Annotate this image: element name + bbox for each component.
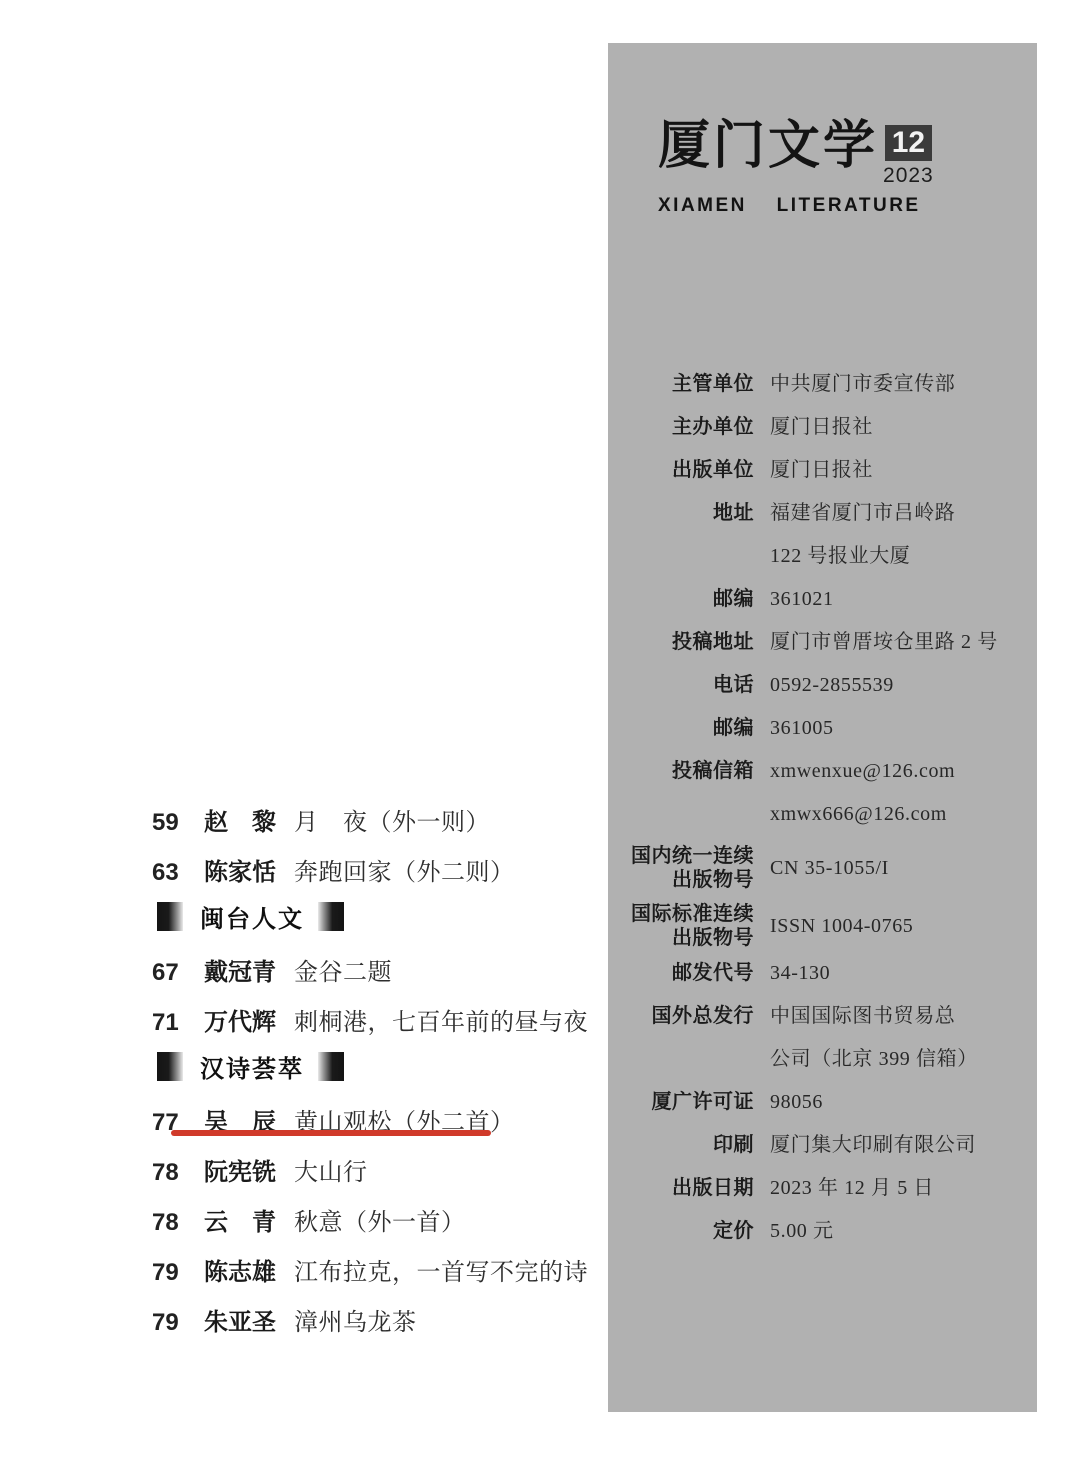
- colophon-value: 361005: [770, 715, 834, 741]
- colophon-value: 361021: [770, 586, 834, 612]
- magazine-logo-english: XIAMEN LITERATURE: [658, 195, 934, 217]
- red-underline: [171, 1130, 491, 1136]
- colophon-row: 主管单位 中共厦门市委宣传部: [608, 371, 1037, 397]
- toc-entry: 79 朱亚圣 漳州乌龙茶: [152, 1302, 592, 1328]
- toc-title: 漳州乌龙茶: [294, 1302, 417, 1337]
- colophon-label: 邮编: [608, 715, 754, 741]
- colophon-row: 出版日期 2023 年 12 月 5 日: [608, 1175, 1037, 1201]
- colophon-row: 厦广许可证 98056: [608, 1089, 1037, 1115]
- colophon-label: 主办单位: [608, 414, 754, 440]
- toc-page-number: 79: [152, 1309, 186, 1337]
- colophon-label: 邮发代号: [608, 960, 754, 986]
- colophon-row: 定价 5.00 元: [608, 1218, 1037, 1244]
- magazine-contents-page: 59 赵 黎 月 夜（外一则） 63 陈家恬 奔跑回家（外二则） 闽台人文 67…: [0, 0, 1080, 1457]
- toc-page-number: 78: [152, 1159, 186, 1187]
- colophon-value: 0592-2855539: [770, 672, 894, 698]
- colophon-row: 国际标准连续出版物号 ISSN 1004-0765: [608, 902, 1037, 950]
- colophon-value: 34-130: [770, 960, 830, 986]
- toc-title: 月 夜（外一则）: [294, 802, 490, 837]
- toc-author: 云 青: [204, 1202, 282, 1237]
- toc-author: 朱亚圣: [204, 1302, 282, 1337]
- table-of-contents: 59 赵 黎 月 夜（外一则） 63 陈家恬 奔跑回家（外二则） 闽台人文 67…: [152, 802, 592, 1352]
- colophon-label: 定价: [608, 1218, 754, 1244]
- toc-page-number: 78: [152, 1209, 186, 1237]
- toc-entry: 67 戴冠青 金谷二题: [152, 952, 592, 978]
- colophon-value: ISSN 1004-0765: [770, 913, 913, 939]
- section-bar-left-icon: [157, 902, 183, 931]
- toc-section-header: 汉诗荟萃: [157, 1052, 592, 1081]
- toc-author: 戴冠青: [204, 952, 282, 987]
- colophon-row: 邮编 361021: [608, 586, 1037, 612]
- colophon-label: 投稿信箱: [608, 758, 754, 784]
- colophon-value: 中共厦门市委宣传部: [770, 371, 955, 397]
- colophon-row: 投稿地址 厦门市曾厝垵仓里路 2 号: [608, 629, 1037, 655]
- colophon-label: 出版日期: [608, 1175, 754, 1201]
- colophon-label: 主管单位: [608, 371, 754, 397]
- toc-title: 大山行: [294, 1152, 368, 1187]
- toc-author: 陈志雄: [204, 1252, 282, 1287]
- toc-author: 阮宪铣: [204, 1152, 282, 1187]
- colophon-label: 国外总发行: [608, 1003, 754, 1029]
- colophon-value: 厦门集大印刷有限公司: [770, 1132, 976, 1158]
- colophon-value: 5.00 元: [770, 1218, 834, 1244]
- colophon-label: 出版单位: [608, 457, 754, 483]
- colophon-row: 国内统一连续出版物号 CN 35-1055/I: [608, 844, 1037, 892]
- colophon-label: 邮编: [608, 586, 754, 612]
- colophon-label: 国际标准连续出版物号: [608, 902, 754, 950]
- toc-page-number: 67: [152, 959, 186, 987]
- toc-entry: 78 阮宪铣 大山行: [152, 1152, 592, 1178]
- section-bar-right-icon: [318, 902, 344, 931]
- toc-page-number: 79: [152, 1259, 186, 1287]
- toc-title: 刺桐港，七百年前的昼与夜: [294, 1002, 588, 1037]
- toc-author: 赵 黎: [204, 802, 282, 837]
- toc-title: 奔跑回家（外二则）: [294, 852, 515, 887]
- colophon-row: 邮编 361005: [608, 715, 1037, 741]
- colophon-row: 投稿信箱 xmwenxue@126.comxmwx666@126.com: [608, 758, 1037, 827]
- toc-title: 金谷二题: [294, 952, 392, 987]
- section-bar-left-icon: [157, 1052, 183, 1081]
- toc-page-number: 59: [152, 809, 186, 837]
- colophon-label: 地址: [608, 500, 754, 526]
- toc-title: 秋意（外一首）: [294, 1202, 466, 1237]
- toc-section-header: 闽台人文: [157, 902, 592, 931]
- toc-entry-highlighted: 77 吴 辰 黄山观松（外二首）: [152, 1102, 592, 1128]
- colophon-value: 98056: [770, 1089, 823, 1115]
- colophon-row: 出版单位 厦门日报社: [608, 457, 1037, 483]
- colophon-value: 福建省厦门市吕岭路122 号报业大厦: [770, 500, 955, 569]
- colophon-row: 地址 福建省厦门市吕岭路122 号报业大厦: [608, 500, 1037, 569]
- colophon-label: 电话: [608, 672, 754, 698]
- toc-author: 万代辉: [204, 1002, 282, 1037]
- colophon-value: xmwenxue@126.comxmwx666@126.com: [770, 758, 955, 827]
- issue-year: 2023: [883, 164, 934, 188]
- colophon-row: 主办单位 厦门日报社: [608, 414, 1037, 440]
- toc-entry: 63 陈家恬 奔跑回家（外二则）: [152, 852, 592, 878]
- toc-section-title: 闽台人文: [200, 899, 304, 934]
- toc-entry: 79 陈志雄 江布拉克，一首写不完的诗: [152, 1252, 592, 1278]
- toc-entry: 71 万代辉 刺桐港，七百年前的昼与夜: [152, 1002, 592, 1028]
- colophon-value: 厦门市曾厝垵仓里路 2 号: [770, 629, 998, 655]
- colophon-info-list: 主管单位 中共厦门市委宣传部 主办单位 厦门日报社 出版单位 厦门日报社 地址 …: [608, 371, 1037, 1261]
- colophon-value: CN 35-1055/I: [770, 855, 889, 881]
- masthead: 厦门文学 12 2023 XIAMEN LITERATURE: [658, 113, 934, 217]
- colophon-panel: 厦门文学 12 2023 XIAMEN LITERATURE 主管单位 中共厦门…: [608, 43, 1037, 1412]
- toc-page-number: 71: [152, 1009, 186, 1037]
- toc-author: 陈家恬: [204, 852, 282, 887]
- toc-entry: 78 云 青 秋意（外一首）: [152, 1202, 592, 1228]
- colophon-label: 国内统一连续出版物号: [608, 844, 754, 892]
- issue-number-badge: 12: [885, 125, 932, 161]
- toc-page-number: 63: [152, 859, 186, 887]
- colophon-row: 电话 0592-2855539: [608, 672, 1037, 698]
- toc-section-title: 汉诗荟萃: [200, 1049, 304, 1084]
- section-bar-right-icon: [318, 1052, 344, 1081]
- colophon-value: 中国国际图书贸易总公司（北京 399 信箱）: [770, 1003, 978, 1072]
- colophon-label: 厦广许可证: [608, 1089, 754, 1115]
- colophon-label: 投稿地址: [608, 629, 754, 655]
- colophon-value: 厦门日报社: [770, 457, 873, 483]
- magazine-logo-chinese: 厦门文学: [658, 113, 878, 179]
- colophon-value: 2023 年 12 月 5 日: [770, 1175, 934, 1201]
- toc-title: 江布拉克，一首写不完的诗: [294, 1252, 588, 1287]
- toc-entry: 59 赵 黎 月 夜（外一则）: [152, 802, 592, 828]
- colophon-label: 印刷: [608, 1132, 754, 1158]
- colophon-row: 印刷 厦门集大印刷有限公司: [608, 1132, 1037, 1158]
- colophon-row: 邮发代号 34-130: [608, 960, 1037, 986]
- colophon-value: 厦门日报社: [770, 414, 873, 440]
- colophon-row: 国外总发行 中国国际图书贸易总公司（北京 399 信箱）: [608, 1003, 1037, 1072]
